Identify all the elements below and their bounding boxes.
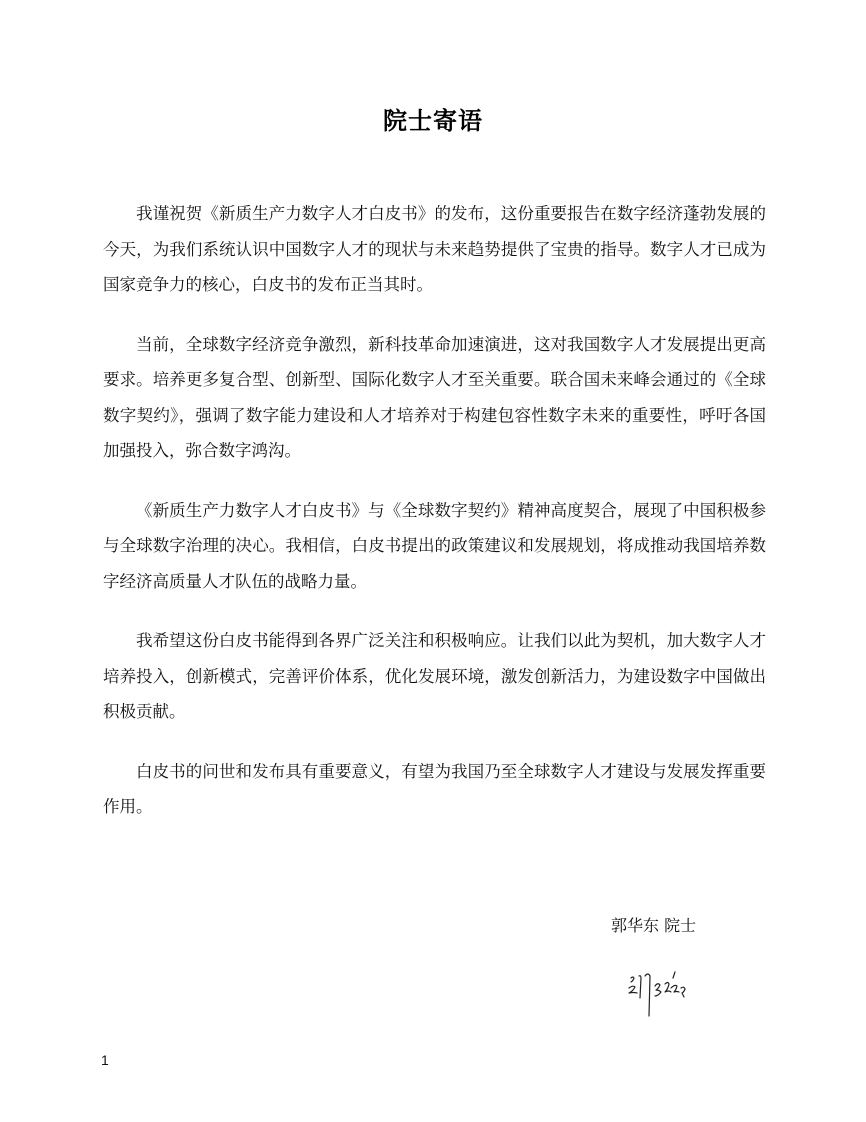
author-name: 郭华东 院士	[611, 914, 696, 938]
document-page: 院士寄语 我谨祝贺《新质生产力数字人才白皮书》的发布，这份重要报告在数字经济蓬勃…	[0, 0, 866, 1122]
paragraph-2: 当前，全球数字经济竞争激烈，新科技革命加速演进，这对我国数字人才发展提出更高要求…	[103, 327, 766, 469]
paragraph-4: 我希望这份白皮书能得到各界广泛关注和积极响应。让我们以此为契机，加大数字人才培养…	[103, 623, 766, 730]
page-number: 1	[101, 1052, 109, 1068]
signature-icon	[625, 962, 705, 1022]
paragraph-1: 我谨祝贺《新质生产力数字人才白皮书》的发布，这份重要报告在数字经济蓬勃发展的今天…	[103, 196, 766, 303]
paragraph-5: 白皮书的问世和发布具有重要意义，有望为我国乃至全球数字人才建设与发展发挥重要作用…	[103, 754, 766, 825]
document-body: 我谨祝贺《新质生产力数字人才白皮书》的发布，这份重要报告在数字经济蓬勃发展的今天…	[103, 196, 766, 849]
paragraph-3: 《新质生产力数字人才白皮书》与《全球数字契约》精神高度契合，展现了中国积极参与全…	[103, 493, 766, 600]
page-title: 院士寄语	[0, 104, 866, 138]
